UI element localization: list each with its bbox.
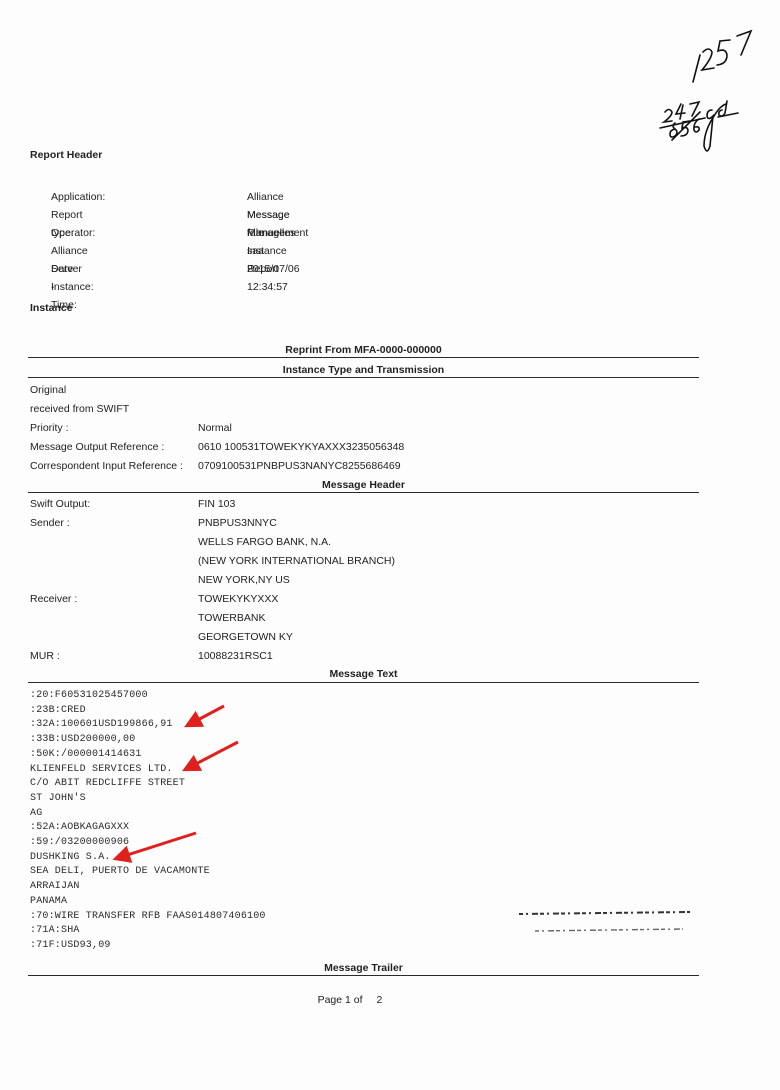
divider: [28, 682, 699, 683]
message-text-line: C/O ABIT REDCLIFFE STREET: [30, 778, 185, 789]
message-header-title: Message Header: [28, 479, 699, 491]
handwriting-scribble: [0, 0, 780, 180]
field-value: saa: [247, 242, 264, 260]
message-text-line: ST JOHN'S: [30, 793, 86, 804]
mh-value: TOWERBANK: [198, 612, 265, 624]
message-text-line: AG: [30, 808, 42, 819]
reprint-title: Reprint From MFA-0000-000000: [28, 344, 699, 356]
divider: [28, 357, 699, 358]
mh-value: PNBPUS3NNYC: [198, 517, 277, 529]
field-value: 2015/07/06 12:34:57: [247, 260, 300, 296]
divider: [28, 377, 699, 378]
page-total: 2: [377, 994, 383, 1006]
message-text-line: ARRAIJAN: [30, 881, 80, 892]
message-text-line: :70:WIRE TRANSFER RFB FAAS014807406100: [30, 911, 266, 922]
message-text-line: KLIENFELD SERVICES LTD.: [30, 764, 173, 775]
mh-label: Sender :: [30, 517, 70, 529]
mh-value: TOWEKYKYXXX: [198, 593, 278, 605]
instance-title: Instance: [30, 302, 73, 314]
instance-original: Original: [30, 384, 66, 396]
message-trailer-title: Message Trailer: [28, 962, 699, 974]
message-text-title: Message Text: [28, 668, 699, 680]
message-text-line: :50K:/000001414631: [30, 749, 142, 760]
divider: [28, 975, 699, 976]
message-text-line: :71F:USD93,09: [30, 940, 111, 951]
message-text-line: SEA DELI, PUERTO DE VACAMONTE: [30, 866, 210, 877]
field-label: Operator:: [51, 224, 95, 242]
message-text-line: :23B:CRED: [30, 705, 86, 716]
arrow-icon: [190, 742, 238, 767]
message-text-line: :59:/03200000906: [30, 837, 129, 848]
message-text-line: :71A:SHA: [30, 925, 80, 936]
mh-value: FIN 103: [198, 498, 235, 510]
mh-value: NEW YORK,NY US: [198, 574, 290, 586]
divider: [28, 492, 699, 493]
instance-type-title: Instance Type and Transmission: [28, 364, 699, 376]
field-value: farmuelles: [247, 224, 295, 242]
message-text-line: :32A:100601USD199866,91: [30, 719, 173, 730]
mh-value: 10088231RSC1: [198, 650, 273, 662]
message-text-line: :52A:AOBKAGAGXXX: [30, 822, 129, 833]
message-text-line: DUSHKING S.A.: [30, 852, 111, 863]
report-header-title: Report Header: [30, 149, 102, 161]
mh-value: WELLS FARGO BANK, N.A.: [198, 536, 331, 548]
mh-label: Receiver :: [30, 593, 77, 605]
mh-label: MUR :: [30, 650, 60, 662]
input-ref-label: Correspondent Input Reference :: [30, 460, 183, 472]
arrow-icon: [121, 833, 196, 857]
illegible-stamp: [515, 907, 695, 935]
message-text-line: PANAMA: [30, 896, 67, 907]
arrow-icon: [192, 706, 224, 723]
priority-label: Priority :: [30, 422, 69, 434]
page-label: Page 1 of: [318, 994, 363, 1006]
input-ref-value: 0709100531PNBPUS3NANYC8255686469: [198, 460, 401, 472]
mh-label: Swift Output:: [30, 498, 90, 510]
output-ref-label: Message Output Reference :: [30, 441, 164, 453]
output-ref-value: 0610 100531TOWEKYKYAXXX3235056348: [198, 441, 404, 453]
priority-value: Normal: [198, 422, 232, 434]
instance-received-from: received from SWIFT: [30, 403, 129, 415]
field-label: Application:: [51, 188, 105, 206]
mh-value: (NEW YORK INTERNATIONAL BRANCH): [198, 555, 395, 567]
message-text-line: :20:F60531025457000: [30, 690, 148, 701]
message-text-line: :33B:USD200000,00: [30, 734, 135, 745]
page-indicator: Page 1 of2: [0, 994, 700, 1006]
mh-value: GEORGETOWN KY: [198, 631, 293, 643]
